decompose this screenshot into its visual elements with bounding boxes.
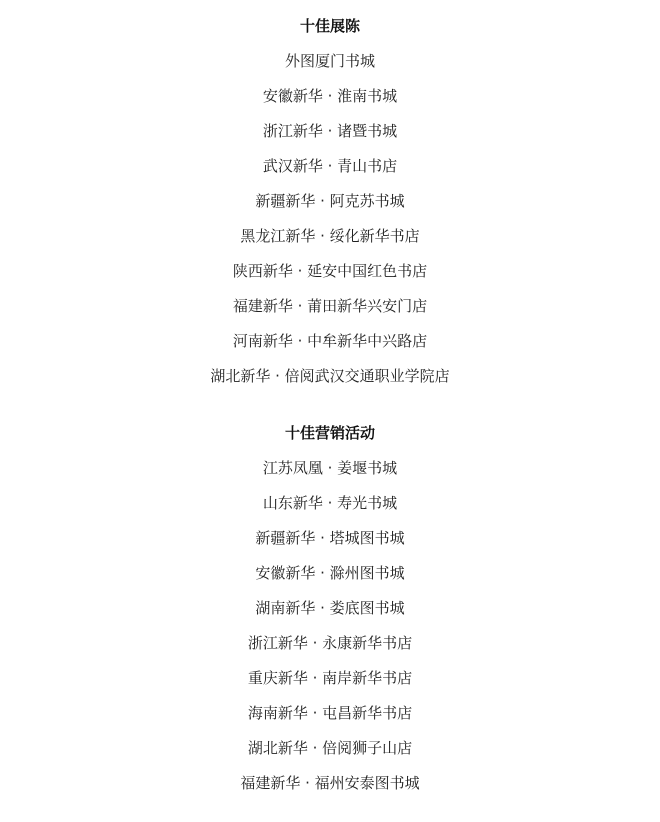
section-title: 十佳营销活动 [0,416,660,451]
section-top-ten-displays: 十佳展陈 外图厦门书城 安徽新华 · 淮南书城 浙江新华 · 诸暨书城 武汉新华… [0,0,660,394]
list-item: 浙江新华 · 永康新华书店 [0,626,660,661]
article-body: 十佳展陈 外图厦门书城 安徽新华 · 淮南书城 浙江新华 · 诸暨书城 武汉新华… [0,0,660,801]
list-item: 陕西新华 · 延安中国红色书店 [0,254,660,289]
list-item: 安徽新华 · 滁州图书城 [0,556,660,591]
section-top-ten-marketing: 十佳营销活动 江苏凤凰 · 姜堰书城 山东新华 · 寿光书城 新疆新华 · 塔城… [0,394,660,801]
list-item: 外图厦门书城 [0,44,660,79]
list-item: 湖南新华 · 娄底图书城 [0,591,660,626]
list-item: 山东新华 · 寿光书城 [0,486,660,521]
list-item: 福建新华 · 莆田新华兴安门店 [0,289,660,324]
list-item: 重庆新华 · 南岸新华书店 [0,661,660,696]
list-item: 安徽新华 · 淮南书城 [0,79,660,114]
list-item: 福建新华 · 福州安泰图书城 [0,766,660,801]
list-item: 湖北新华 · 倍阅狮子山店 [0,731,660,766]
list-item: 湖北新华 · 倍阅武汉交通职业学院店 [0,359,660,394]
list-item: 武汉新华 · 青山书店 [0,149,660,184]
list-item: 江苏凤凰 · 姜堰书城 [0,451,660,486]
list-item: 海南新华 · 屯昌新华书店 [0,696,660,731]
list-item: 新疆新华 · 阿克苏书城 [0,184,660,219]
section-title: 十佳展陈 [0,9,660,44]
list-item: 新疆新华 · 塔城图书城 [0,521,660,556]
list-item: 浙江新华 · 诸暨书城 [0,114,660,149]
list-item: 黑龙江新华 · 绥化新华书店 [0,219,660,254]
list-item: 河南新华 · 中牟新华中兴路店 [0,324,660,359]
